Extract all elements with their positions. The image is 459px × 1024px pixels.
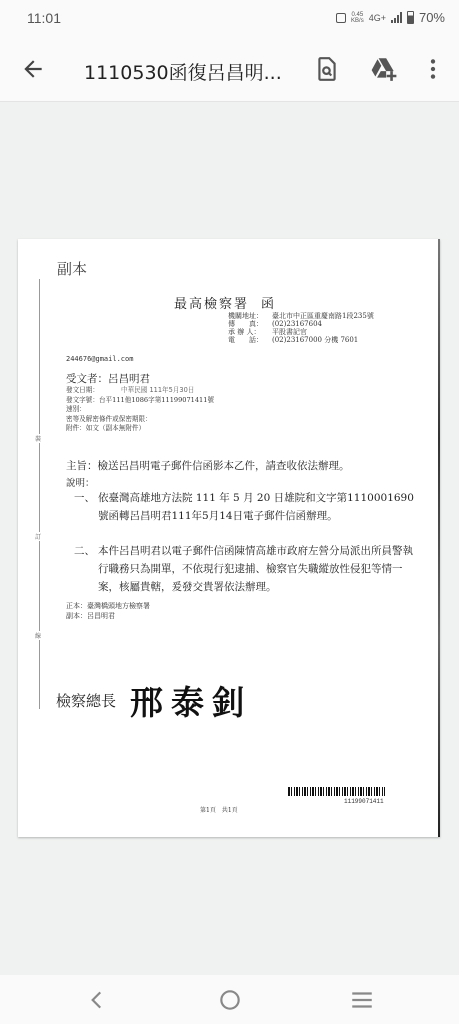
binding-line: [39, 279, 40, 709]
distribution: 正本：臺灣橋頭地方檢察署 副本：呂昌明君: [66, 601, 150, 621]
meta-number: 發文字號：台平111他1086字第11199071411號: [66, 396, 214, 406]
net-speed-unit: KB/s: [351, 18, 364, 24]
signature: 檢察總長 邢泰釗: [56, 677, 253, 724]
explanation-item: 一、 依臺灣高雄地方法院 111 年 5 月 20 日雄院和文字第1110001…: [74, 489, 420, 525]
recents-nav-icon: [349, 987, 375, 1013]
more-options-button[interactable]: [420, 56, 446, 82]
explain-label: 說明：: [66, 475, 95, 489]
copy-mark: 副本: [57, 258, 87, 279]
org-title: 最高檢察署函: [174, 293, 276, 312]
vibrate-icon: [336, 13, 346, 23]
meta-date: 發文日期：中華民國 111年5月30日: [66, 386, 214, 396]
signer-name: 邢泰釗: [130, 677, 253, 724]
contact-label: 機關地址：: [228, 312, 272, 320]
nav-back-button[interactable]: [84, 987, 110, 1013]
item-number: 一、: [74, 489, 98, 525]
contact-label: 傳 真：: [228, 320, 272, 328]
net-speed: 0.45 KB/s: [351, 12, 364, 24]
contact-label: 電 話：: [228, 336, 272, 344]
item-number: 二、: [74, 542, 98, 596]
page-number: 第1頁 共1頁: [200, 805, 238, 814]
date-stamp: 中華民國 111年5月30日: [121, 386, 194, 394]
doc-type: 函: [261, 297, 276, 312]
status-bar: 11:01 0.45 KB/s 4G+ 70%: [0, 0, 459, 38]
date-label: 發文日期：: [66, 386, 99, 394]
contact-row: 機關地址：臺北市中正區重慶南路1段235號: [228, 312, 374, 320]
barcode-number: 11199071411: [344, 798, 384, 805]
network-type: 4G+: [369, 13, 386, 23]
contact-row: 承 辦 人：平股書記官: [228, 328, 374, 336]
back-nav-icon: [84, 987, 110, 1013]
battery-icon: [407, 11, 414, 24]
back-button[interactable]: [20, 56, 46, 82]
item-text: 依臺灣高雄地方法院 111 年 5 月 20 日雄院和文字第1110001690…: [98, 489, 420, 525]
original-recipient: 正本：臺灣橋頭地方檢察署: [66, 601, 150, 611]
find-in-document-button[interactable]: [314, 56, 340, 82]
search-document-icon: [314, 56, 340, 82]
app-bar: 1110530函復呂昌明...: [0, 38, 459, 102]
contact-value: 平股書記官: [272, 328, 307, 336]
contact-row: 傳 真：(02)23167604: [228, 320, 374, 328]
page-scan-edge: [438, 239, 440, 837]
meta-secrecy: 密等及解密條件或保密期限：: [66, 415, 214, 425]
nav-home-button[interactable]: [217, 987, 243, 1013]
org-name: 最高檢察署: [174, 297, 249, 312]
system-nav-bar: [0, 975, 459, 1024]
document-page: 裝 訂 線 副本 最高檢察署函 機關地址：臺北市中正區重慶南路1段235號 傳 …: [18, 239, 440, 837]
contact-row: 電 話：(02)23167000 分機 7601: [228, 336, 374, 344]
nav-recents-button[interactable]: [349, 987, 375, 1013]
item-text: 本件呂昌明君以電子郵件信函陳情高雄市政府左營分局派出所員警執行職務只為開單，不依…: [98, 542, 420, 596]
contact-label: 承 辦 人：: [228, 328, 272, 336]
add-to-drive-button[interactable]: [370, 56, 396, 82]
meta-speed: 速別：: [66, 405, 214, 415]
binding-mark: 線: [35, 631, 41, 640]
contact-value: (02)23167000 分機 7601: [272, 336, 358, 344]
subject: 主旨：檢送呂昌明電子郵件信函影本乙件，請查收依法辦理。: [66, 458, 416, 473]
home-nav-icon: [217, 987, 243, 1013]
document-meta: 發文日期：中華民國 111年5月30日 發文字號：台平111他1086字第111…: [66, 386, 214, 434]
status-time: 11:01: [27, 10, 61, 26]
contact-value: (02)23167604: [272, 320, 322, 328]
document-title: 1110530函復呂昌明...: [84, 58, 282, 85]
binding-mark: 訂: [35, 532, 41, 541]
email-address: 244676@gmail.com: [66, 355, 133, 363]
contact-value: 臺北市中正區重慶南路1段235號: [272, 312, 374, 320]
recipient: 受文者：呂昌明君: [66, 371, 150, 386]
binding-mark: 裝: [35, 434, 41, 443]
back-arrow-icon: [20, 56, 46, 82]
document-viewer[interactable]: 裝 訂 線 副本 最高檢察署函 機關地址：臺北市中正區重慶南路1段235號 傳 …: [0, 103, 459, 975]
explanation-item: 二、 本件呂昌明君以電子郵件信函陳情高雄市政府左營分局派出所員警執行職務只為開單…: [74, 542, 420, 596]
status-icons: 0.45 KB/s 4G+ 70%: [336, 10, 445, 25]
contact-block: 機關地址：臺北市中正區重慶南路1段235號 傳 真：(02)23167604 承…: [228, 312, 374, 344]
add-to-drive-icon: [370, 56, 398, 82]
barcode: [288, 787, 385, 796]
meta-attachment: 附件：如文（副本無附件）: [66, 424, 214, 434]
signal-icon: [391, 12, 402, 23]
copy-recipient: 副本：呂昌明君: [66, 611, 150, 621]
battery-level: 70%: [419, 10, 445, 25]
more-vert-icon: [420, 56, 446, 82]
signer-role: 檢察總長: [56, 690, 116, 711]
